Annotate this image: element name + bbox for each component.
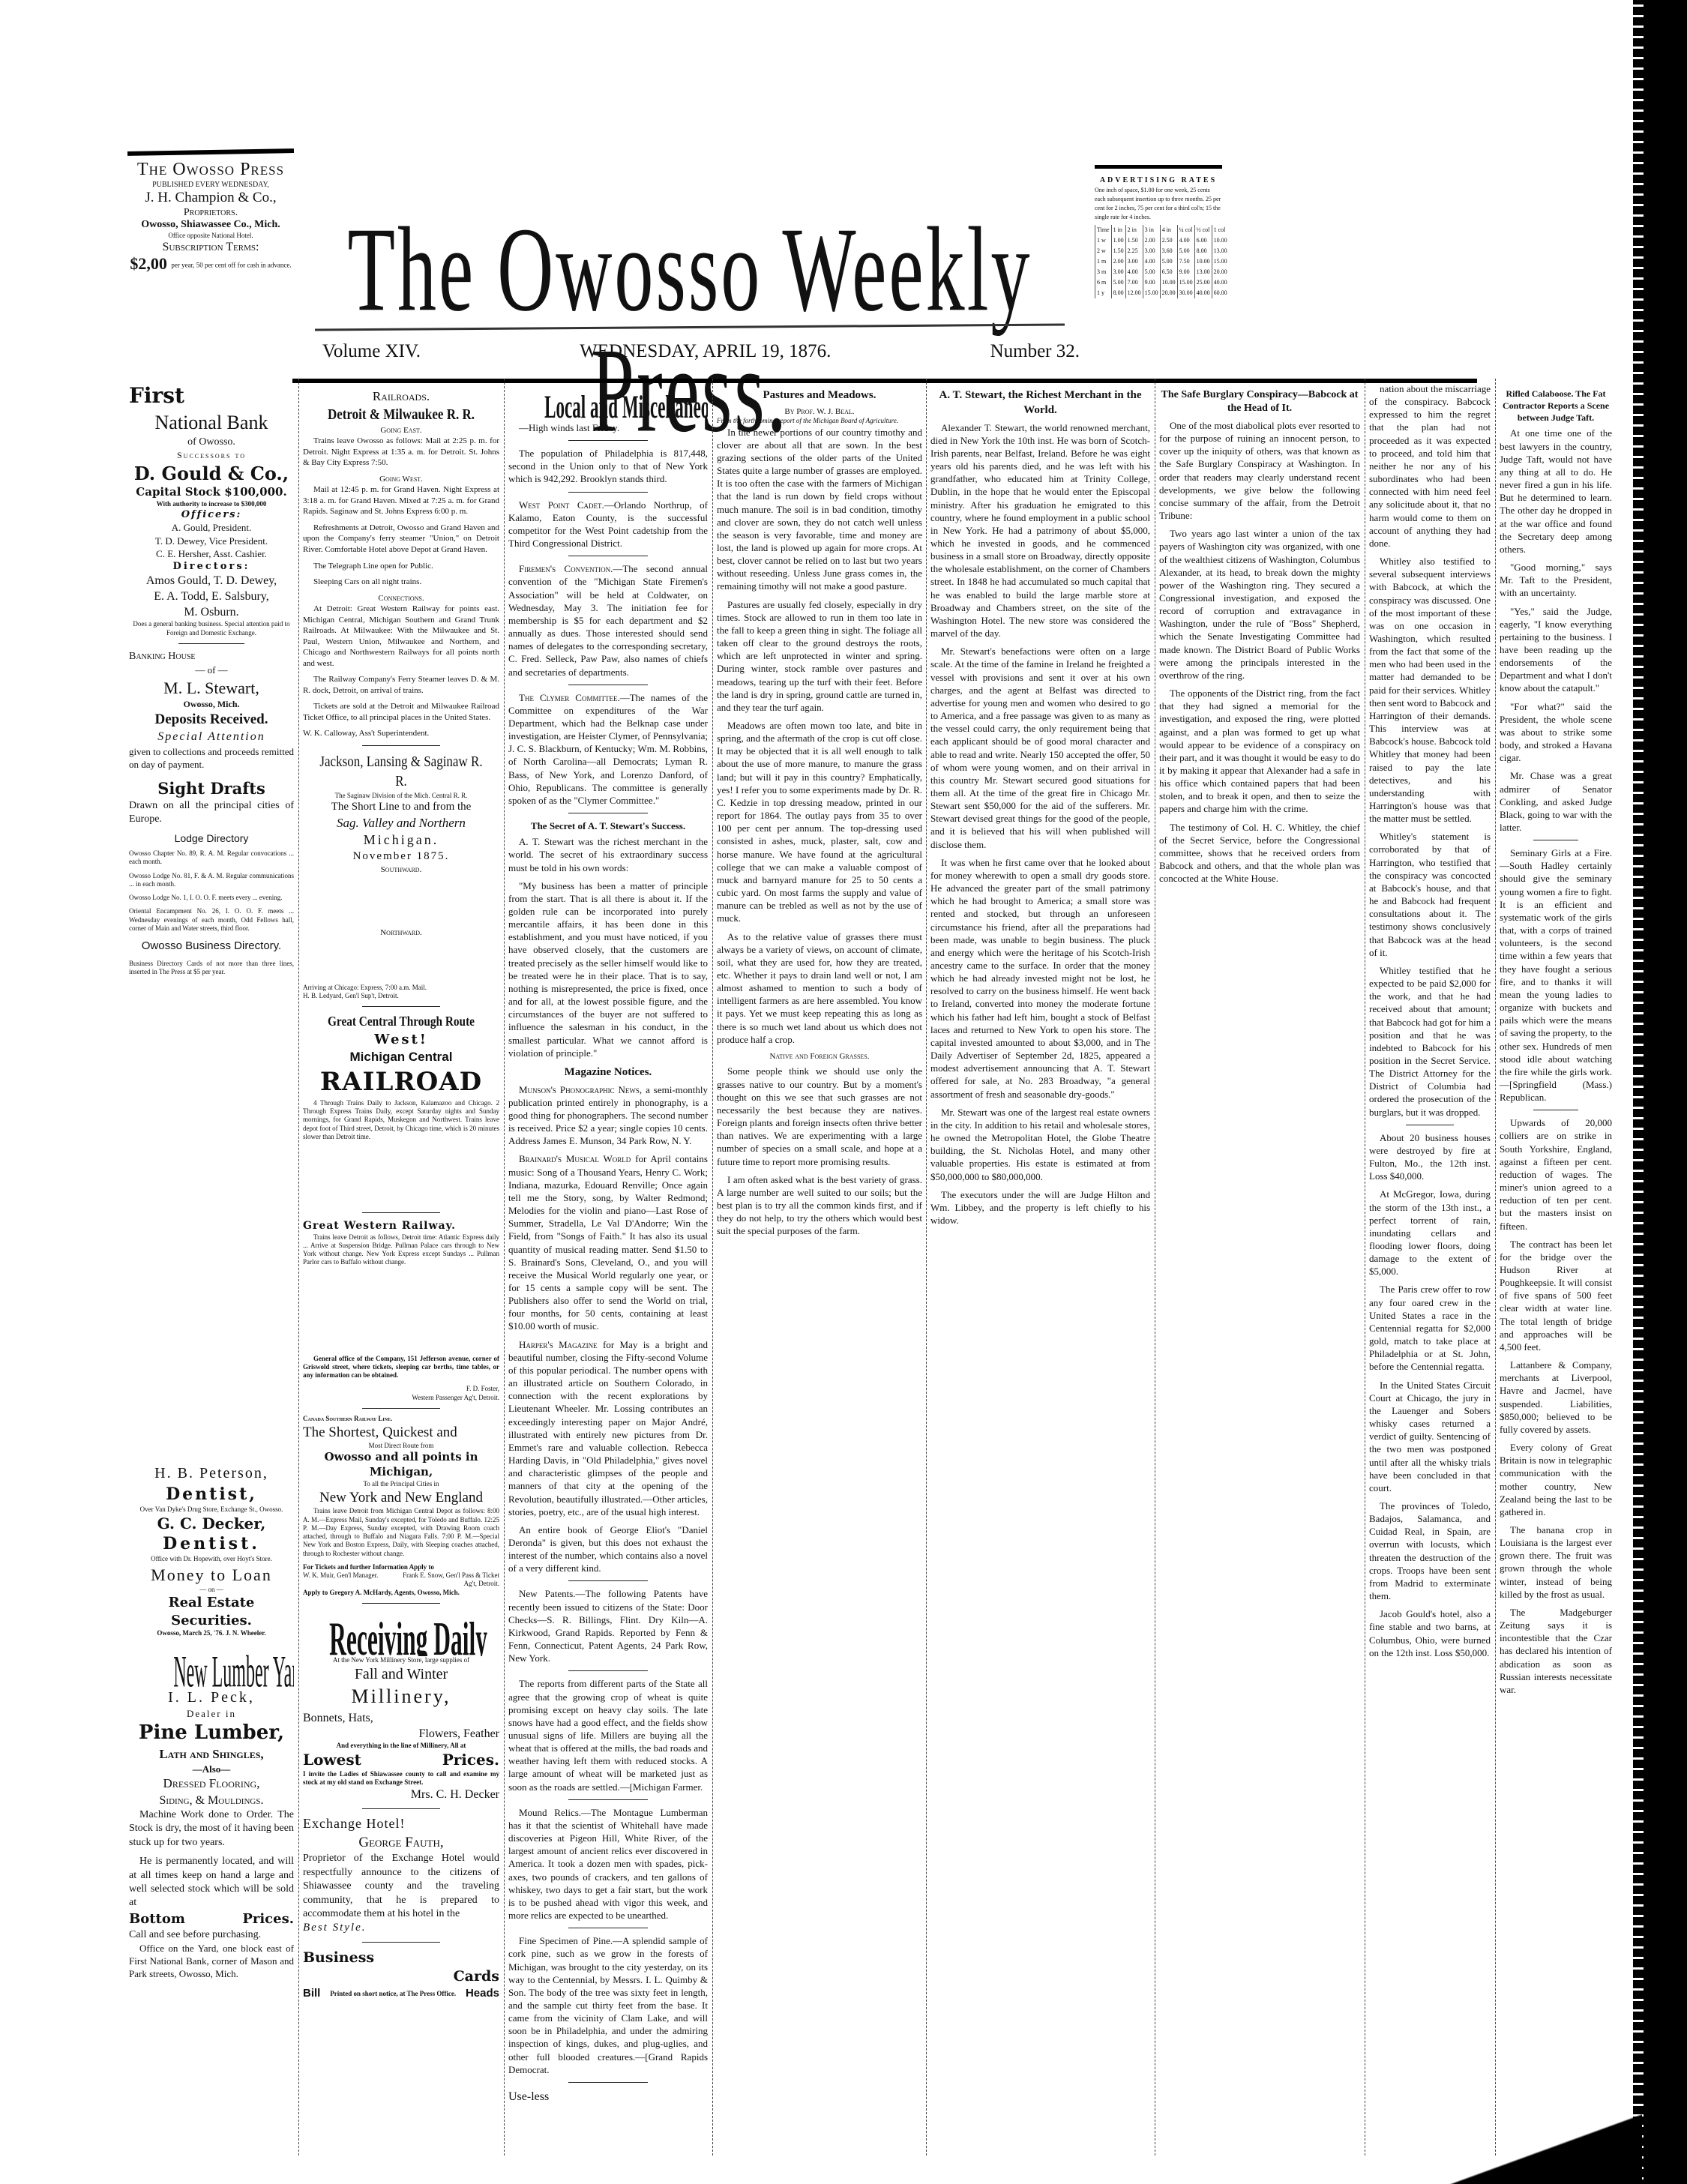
bank-gould: D. Gould & Co., [129, 462, 294, 486]
rates-cell: 13.00 [1194, 267, 1212, 277]
bonnets-hats: Bonnets, Hats, [303, 1710, 499, 1726]
rates-cell: 4.00 [1143, 256, 1160, 267]
item-text: The population of Philadelphia is 817,44… [508, 448, 708, 484]
stewart-paragraph: Mr. Stewart's benefactions were often on… [930, 645, 1150, 851]
rule [568, 1580, 648, 1581]
real-estate-signature: Owosso, March 25, '76. J. N. Wheeler. [129, 1629, 294, 1637]
masthead-ear-right: ADVERTISING RATES One inch of space, $1.… [1095, 165, 1222, 298]
sight-drafts-text: Drawn on all the principal cities of Eur… [129, 799, 294, 827]
money-to-loan: Money to Loan [129, 1564, 294, 1586]
tickets: Tickets are sold at the Detroit and Milw… [303, 701, 499, 723]
item-text: —High winds last Friday. [519, 422, 619, 433]
rule [568, 1799, 648, 1800]
bank-officer: T. D. Dewey, Vice President. [129, 535, 294, 547]
stewart-paragraph: Alexander T. Stewart, the world renowned… [930, 421, 1150, 640]
rates-cell: 8.00 [1194, 246, 1212, 256]
rule [568, 1670, 648, 1671]
column-rule [504, 379, 505, 2156]
rule [127, 148, 294, 156]
real-estate-securities: Real Estate Securities. [129, 1594, 294, 1630]
going-east: Going East. [303, 425, 499, 436]
lodge-entry: Owosso Lodge No. 81, F. & A. M. Regular … [129, 872, 294, 889]
cs-owosso: Owosso and all points in Michigan, [303, 1450, 499, 1480]
best-style: Best Style. [303, 1921, 499, 1936]
rates-cell: 30.00 [1177, 288, 1194, 298]
magazine-item: An entire book of George Eliot's "Daniel… [508, 1523, 708, 1575]
cs-agent: Apply to Gregory A. McHardy, Agents, Owo… [303, 1589, 499, 1597]
railroads-heading: Railroads. [303, 388, 499, 405]
item-lead: Firemen's Convention. [519, 563, 613, 574]
sight-drafts: Sight Drafts [129, 778, 294, 799]
rates-cell: 6.00 [1194, 235, 1212, 246]
item-lead: The Clymer Committee. [519, 692, 620, 703]
exchange-hotel: Exchange Hotel! [303, 1815, 499, 1833]
burglary-continued-paragraph: nation about the miscarriage of the cons… [1369, 382, 1491, 550]
flowers-feather: Flowers, Feather [303, 1726, 499, 1742]
foreign-item: The contract has been let for the bridge… [1500, 1238, 1612, 1353]
hotel-text: Proprietor of the Exchange Hotel would r… [303, 1852, 499, 1921]
bank-officer: C. E. Hersher, Asst. Cashier. [129, 547, 294, 560]
millinery-store: At the New York Millinery Store, large s… [303, 1656, 499, 1664]
rates-cell: Time [1095, 225, 1112, 235]
pastures-paragraph: In the newer portions of our country tim… [717, 426, 922, 593]
calaboose-heading: Rifled Calaboose. The Fat Contractor Rep… [1500, 388, 1612, 424]
stewart-location: Owosso, Mich. [129, 699, 294, 711]
rates-cell: 9.00 [1143, 277, 1160, 288]
stewart-paragraph: The executors under the will are Judge H… [930, 1188, 1150, 1227]
bank-successors: Successors to [129, 450, 294, 462]
local-misc-heading: Local and Miscellaneous. [544, 385, 708, 420]
banking-of: — of — [129, 664, 294, 676]
cs-direct: Most Direct Route from [303, 1442, 499, 1450]
gc-title: Great Central Through Route [318, 1013, 485, 1031]
decker-signature: Mrs. C. H. Decker [303, 1787, 499, 1802]
bill-label: Bill [303, 1986, 320, 2001]
burglary-continued: nation about the miscarriage of the cons… [1369, 382, 1491, 1119]
magazine-text: for May is a bright and beautiful number… [508, 1339, 708, 1517]
rates-cell: 15.00 [1143, 288, 1160, 298]
going-west: Going West. [303, 474, 499, 485]
rule [362, 1942, 441, 1943]
burglary-continued-paragraph: Whitley also testified to several subseq… [1369, 555, 1491, 825]
decker-invite: I invite the Ladies of Shiawassee county… [303, 1770, 499, 1787]
burglary-paragraph: Two years ago last winter a union of the… [1159, 527, 1360, 682]
burglary-continued-paragraph: Whitley's statement is corroborated by t… [1369, 830, 1491, 959]
column-4: Pastures and Meadows. By Prof. W. J. Bea… [717, 382, 922, 1242]
pastures-source: From the forthcoming report of the Michi… [717, 417, 922, 425]
rates-cell: 4.00 [1125, 267, 1143, 277]
rates-cell: 5.00 [1111, 277, 1125, 288]
lodge-entry: Owosso Chapter No. 89, R. A. M. Regular … [129, 849, 294, 867]
special-attention-text: given to collections and proceeds remitt… [129, 745, 294, 771]
local-item: The population of Philadelphia is 817,44… [508, 447, 708, 485]
rule [362, 1808, 441, 1809]
foreign-item: Every colony of Great Britain is now in … [1500, 1441, 1612, 1518]
rule [568, 2082, 648, 2083]
machine-work: Machine Work done to Order. The Stock is… [129, 1808, 294, 1850]
cs-shortest: The Shortest, Quickest and [303, 1423, 499, 1442]
gw-general: General office of the Company, 151 Jeffe… [303, 1355, 499, 1380]
column-rule [926, 379, 927, 2156]
ear-proprietors-label: Proprietors. [127, 207, 294, 220]
calaboose-paragraph: At one time one of the best lawyers in t… [1500, 427, 1612, 556]
bank-director: E. A. Todd, E. Salsbury, [129, 589, 294, 604]
rule [362, 1408, 441, 1409]
dentist1-title: Dentist, [129, 1484, 294, 1505]
local-item: The Clymer Committee.—The names of the C… [508, 691, 708, 807]
rates-cell: 6.50 [1160, 267, 1177, 277]
george-fauth: George Fauth, [303, 1833, 499, 1852]
rates-cell: 3.00 [1143, 246, 1160, 256]
bill-heads: Bill Printed on short notice, at The Pre… [303, 1986, 499, 2001]
stewart-secret-heading: The Secret of A. T. Stewart's Success. [508, 819, 708, 832]
rates-cell: 9.00 [1177, 267, 1194, 277]
dentist2-title: Dentist. [129, 1533, 294, 1555]
dateline: Volume XIV. WEDNESDAY, APRIL 19, 1876. N… [322, 341, 1080, 362]
local-item: West Point Cadet.—Orlando Northrup, of K… [508, 499, 708, 550]
rates-cell: 3 in [1143, 225, 1160, 235]
burglary-paragraph: The testimony of Col. H. C. Whitley, the… [1159, 821, 1360, 885]
pastures-heading: Pastures and Meadows. [717, 388, 922, 403]
magazine-item: Harper's Magazine for May is a bright an… [508, 1338, 708, 1518]
rates-cell: 40.00 [1194, 288, 1212, 298]
dressed-flooring: Dressed Flooring, [129, 1775, 294, 1792]
rates-cell: 7.00 [1125, 277, 1143, 288]
northward-timetable [303, 939, 499, 984]
lumber-office: Office on the Yard, one block east of Fi… [129, 1942, 294, 1980]
rates-row: 3 m3.004.005.006.509.0013.0020.00 [1095, 267, 1229, 277]
advertising-rates-table: Time1 in2 in3 in4 in¼ col½ col1 col1 w1.… [1095, 225, 1229, 298]
also: —Also— [129, 1763, 294, 1775]
column-7: nation about the miscarriage of the cons… [1369, 382, 1491, 1664]
column-rule [1155, 379, 1155, 2156]
calaboose-paragraph: "For what?" said the President, the whol… [1500, 700, 1612, 765]
magazine-name: Munson's Phonographic News, [519, 1084, 642, 1095]
native-foreign-heading: Native and Foreign Grasses. [717, 1051, 922, 1062]
mound-relics: Mound Relics.—The Montague Lumberman has… [508, 1806, 708, 1922]
new-lumber-yard: New Lumber Yard [173, 1643, 294, 1688]
ear-paper-name: The Owosso Press [127, 159, 294, 181]
rates-row: Time1 in2 in3 in4 in¼ col½ col1 col [1095, 225, 1229, 235]
scan-edge-right [1642, 0, 1687, 2184]
short-line: The Short Line to and from the [303, 800, 499, 815]
dm-superintendent: W. K. Calloway, Ass't Superintendent. [303, 728, 499, 739]
foreign-item: Lattanbere & Company, merchants at Liver… [1500, 1359, 1612, 1436]
new-patents: New Patents.—The following Patents have … [508, 1587, 708, 1664]
bank-note: Does a general banking business. Special… [129, 620, 294, 637]
local-item: Firemen's Convention.—The second annual … [508, 562, 708, 678]
secret-paragraph: "My business has been a matter of princi… [508, 879, 708, 1059]
rates-cell: 5.00 [1160, 256, 1177, 267]
cs-text: Trains leave Detroit from Michigan Centr… [303, 1507, 499, 1558]
foreign-items: Upwards of 20,000 colliers are on strike… [1500, 1116, 1612, 1696]
fulton-fire: About 20 business houses were destroyed … [1369, 1131, 1491, 1183]
rates-cell: 20.00 [1160, 288, 1177, 298]
dentist1-name: H. B. Peterson, [129, 1463, 294, 1483]
lodge-list: Owosso Chapter No. 89, R. A. M. Regular … [129, 849, 294, 933]
rates-cell: 60.00 [1212, 288, 1229, 298]
stewart-paragraph: It was when he first came over that he l… [930, 856, 1150, 1101]
rates-cell: 12.00 [1125, 288, 1143, 298]
rates-cell: 6 m [1095, 277, 1112, 288]
call-and-see: Call and see before purchasing. [129, 1928, 294, 1942]
bank-directors-label: Directors: [129, 560, 294, 573]
special-attention: Special Attention [129, 729, 294, 744]
stewart-secret: A. T. Stewart was the richest merchant i… [508, 835, 708, 1059]
seminary-girls: Seminary Girls at a Fire.—South Hadley c… [1500, 846, 1612, 1104]
grasses-paragraph: Some people think we should use only the… [717, 1065, 922, 1167]
ear-subscription-label: Subscription Terms: [127, 240, 294, 254]
mc-text: 4 Through Trains Daily to Jackson, Kalam… [303, 1099, 499, 1141]
gw-schedule [303, 1272, 499, 1355]
fall-winter: Fall and Winter [303, 1664, 499, 1684]
ear-price: $2,00 per year, 50 per cent off for cash… [127, 254, 294, 274]
rule [362, 1006, 441, 1007]
bank-capital: Capital Stock $100,000. [129, 485, 294, 500]
column-rule [712, 379, 713, 2156]
lowest-prices: Lowest Prices. [303, 1750, 499, 1769]
column-6: The Safe Burglary Conspiracy—Babcock at … [1159, 382, 1360, 890]
permanently-located: He is permanently located, and will at a… [129, 1855, 294, 1910]
magazine-item: Brainard's Musical World for April conta… [508, 1152, 708, 1332]
gw-text: Trains leave Detroit as follows, Detroit… [303, 1233, 499, 1267]
price-note: per year, 50 per cent off for cash in ad… [171, 262, 291, 269]
gw-signature1: F. D. Foster, [303, 1385, 499, 1393]
rule [568, 813, 648, 813]
money-on: — on — [129, 1586, 294, 1594]
heads-label: Heads [466, 1986, 499, 2001]
local-item: —High winds last Friday. [508, 421, 708, 434]
foreign-item: The banana crop in Louisiana is the larg… [1500, 1523, 1612, 1601]
deposits-received: Deposits Received. [129, 710, 294, 729]
rule [568, 556, 648, 556]
ferry: The Railway Company's Ferry Steamer leav… [303, 674, 499, 696]
rates-cell: 15.00 [1212, 256, 1229, 267]
rates-row: 6 m5.007.009.0010.0015.0025.0040.00 [1095, 277, 1229, 288]
rates-cell: ¼ col [1177, 225, 1194, 235]
magazine-notices-heading: Magazine Notices. [508, 1065, 708, 1080]
southward-timetable [303, 875, 499, 927]
rule [362, 1603, 441, 1604]
stewart-heading: A. T. Stewart, the Richest Merchant in t… [930, 388, 1150, 418]
local-items: —High winds last Friday.The population o… [508, 421, 708, 813]
business-directory-note: Business Directory Cards of not more tha… [129, 960, 294, 977]
rule [178, 643, 244, 644]
grasses-paragraph: I am often asked what is the best variet… [717, 1173, 922, 1238]
rates-cell: 40.00 [1212, 277, 1229, 288]
item-text: —The second annual convention of the "Mi… [508, 563, 708, 677]
secret-paragraph: A. T. Stewart was the richest merchant i… [508, 835, 708, 873]
safe-burglary-heading: The Safe Burglary Conspiracy—Babcock at … [1159, 388, 1360, 416]
pine-lumber: Pine Lumber, [129, 1720, 294, 1745]
cs-title: Canada Southern Railway Line. [303, 1415, 499, 1423]
lodge-directory: Lodge Directory [129, 831, 294, 845]
wheat-reports: The reports from different parts of the … [508, 1677, 708, 1793]
cs-to: To all the Principal Cities in [303, 1480, 499, 1488]
foreign-item: Upwards of 20,000 colliers are on strike… [1500, 1116, 1612, 1232]
pastures-byline: By Prof. W. J. Beal. [717, 406, 922, 418]
masthead-ear-left: The Owosso Press Published every Wednesd… [127, 150, 294, 274]
gw-title: Great Western Railway. [303, 1219, 499, 1233]
banking-house: Banking House [129, 650, 294, 664]
november-1875: November 1875. [303, 849, 499, 864]
rates-cell: 3.00 [1111, 267, 1125, 277]
news-items: At McGregor, Iowa, during the storm of t… [1369, 1188, 1491, 1658]
issue-number: Number 32. [990, 341, 1080, 362]
rates-cell: 1 in [1111, 225, 1125, 235]
stewart-paragraph: Mr. Stewart was one of the largest real … [930, 1106, 1150, 1183]
rates-cell: 2.00 [1111, 256, 1125, 267]
gw-signature2: Western Passenger Ag't, Detroit. [303, 1394, 499, 1402]
news-item: The Paris crew offer to row any four oar… [1369, 1283, 1491, 1373]
cs-signature-right: Frank E. Snow, Gen'l Pass & Ticket Ag't,… [391, 1571, 499, 1589]
cs-signature-left: W. K. Muir, Gen'l Manager. [303, 1571, 378, 1589]
millinery: Millinery, [303, 1684, 499, 1709]
calaboose-body: At one time one of the best lawyers in t… [1500, 427, 1612, 834]
receiving-daily: Receiving Daily [329, 1610, 487, 1656]
column-1: First National Bank of Owosso. Successor… [129, 337, 294, 1986]
ear-proprietor: J. H. Champion & Co., [127, 190, 294, 207]
jls-signature: H. B. Ledyard, Gen'l Sup't, Detroit. [303, 992, 499, 1000]
rule [1095, 165, 1222, 169]
volume: Volume XIV. [322, 341, 421, 362]
rates-cell: 10.00 [1194, 256, 1212, 267]
connections: Connections. [303, 593, 499, 604]
rates-row: 1 w1.001.502.002.504.006.0010.00 [1095, 235, 1229, 246]
rates-cell: 13.00 [1212, 246, 1229, 256]
pastures-body: In the newer portions of our country tim… [717, 426, 922, 1046]
bank-officers-label: Officers: [129, 508, 294, 521]
rule [568, 1928, 648, 1928]
rule [568, 440, 648, 441]
pastures-paragraph: Pastures are usually fed closely, especi… [717, 598, 922, 714]
rates-cell: 1 y [1095, 288, 1112, 298]
rates-cell: 2.25 [1125, 246, 1143, 256]
rates-cell: 3.00 [1125, 256, 1143, 267]
rates-cell: 4.00 [1177, 235, 1194, 246]
newspaper-page: The Owosso Press Published every Wednesd… [120, 112, 1620, 2137]
useless: Use-less [508, 2089, 708, 2105]
rates-cell: 8.00 [1111, 288, 1125, 298]
peck-name: I. L. Peck, [129, 1688, 294, 1707]
michigan: Michigan. [303, 831, 499, 849]
bank-director: M. Osburn. [129, 604, 294, 620]
rule [1533, 840, 1578, 840]
lodge-entry: Owosso Lodge No. 1, I. O. O. F. meets ev… [129, 894, 294, 902]
rates-cell: 25.00 [1194, 277, 1212, 288]
bank-first: First [129, 382, 294, 410]
rule [568, 685, 648, 685]
michigan-central: Michigan Central [303, 1049, 499, 1065]
ear-published: Published every Wednesday, [127, 181, 294, 190]
connections-text: At Detroit: Great Western Railway for po… [303, 604, 499, 669]
bank-director: Amos Gould, T. D. Dewey, [129, 573, 294, 589]
rates-cell: 2 w [1095, 246, 1112, 256]
rates-cell: 1 col [1212, 225, 1229, 235]
bank-officers: A. Gould, President.T. D. Dewey, Vice Pr… [129, 521, 294, 559]
rule [568, 492, 648, 493]
going-east-text: Trains leave Owosso as follows: Mail at … [303, 436, 499, 469]
west-banner: West! [303, 1031, 499, 1049]
rates-cell: 2.50 [1160, 235, 1177, 246]
news-item: Jacob Gould's hotel, also a fine stable … [1369, 1607, 1491, 1659]
northward: Northward. [303, 927, 499, 939]
issue-date: WEDNESDAY, APRIL 19, 1876. [580, 341, 831, 362]
rates-cell: 4 in [1160, 225, 1177, 235]
advertising-rates-note: One inch of space, $1.00 for one week, 2… [1095, 186, 1222, 222]
rates-cell: 7.50 [1177, 256, 1194, 267]
rates-cell: 1 m [1095, 256, 1112, 267]
dm-railroad-title: Detroit & Milwaukee R. R. [318, 405, 485, 424]
magazine-text: for April contains music: Song of a Thou… [508, 1153, 708, 1332]
siding-mouldings: Siding, & Mouldings. [129, 1793, 294, 1808]
news-item: In the United States Circuit Court at Ch… [1369, 1379, 1491, 1494]
jls-subtitle: The Saginaw Division of the Mich. Centra… [303, 792, 499, 800]
stewart-body: Alexander T. Stewart, the world renowned… [930, 421, 1150, 1227]
column-rule [298, 379, 299, 2156]
burglary-paragraph: The opponents of the District ring, from… [1159, 687, 1360, 816]
rates-cell: 1.50 [1125, 235, 1143, 246]
pastures-paragraph: Meadows are often mown too late, and bit… [717, 719, 922, 925]
going-west-text: Mail at 12:45 p. m. for Grand Haven. Nig… [303, 484, 499, 517]
burglary-paragraph: One of the most diabolical plots ever re… [1159, 419, 1360, 522]
rates-cell: 20.00 [1212, 267, 1229, 277]
dealer-in: Dealer in [129, 1707, 294, 1720]
news-item: The provinces of Toledo, Badajos, Salama… [1369, 1499, 1491, 1602]
foreign-item: The Madgeburger Zeitung says it is incon… [1500, 1606, 1612, 1696]
bottom-prices: Bottom Prices. [129, 1910, 294, 1928]
everything-millinery: And everything in the line of Millinery,… [303, 1742, 499, 1750]
rates-cell: 10.00 [1160, 277, 1177, 288]
safe-burglary-body: One of the most diabolical plots ever re… [1159, 419, 1360, 885]
rates-cell: 1 w [1095, 235, 1112, 246]
mc-schedule [303, 1146, 499, 1206]
ear-office: Office opposite National Hotel. [127, 232, 294, 240]
rates-cell: 2 in [1125, 225, 1143, 235]
rates-cell: 5.00 [1143, 267, 1160, 277]
southward: Southward. [303, 864, 499, 876]
jls-note: Arriving at Chicago: Express, 7:00 a.m. … [303, 984, 499, 992]
fine-pine: Fine Specimen of Pine.—A splendid sample… [508, 1934, 708, 2076]
rates-cell: 2.00 [1143, 235, 1160, 246]
calaboose-paragraph: Mr. Chase was a great admirer of Senator… [1500, 769, 1612, 834]
rates-row: 2 w1.502.253.003.605.008.0013.00 [1095, 246, 1229, 256]
sleeping-cars: Sleeping Cars on all night trains. [303, 577, 499, 588]
cs-signatures: W. K. Muir, Gen'l Manager. Frank E. Snow… [303, 1571, 499, 1589]
item-text: —The names of the Committee on expenditu… [508, 692, 708, 806]
dentist1-address: Over Van Dyke's Drug Store, Exchange St.… [129, 1505, 294, 1514]
business-cards-listing [129, 976, 294, 1463]
dentist2-name: G. C. Decker, [129, 1514, 294, 1533]
column-5: A. T. Stewart, the Richest Merchant in t… [930, 382, 1150, 1232]
magazine-notices: Munson's Phonographic News, a semi-month… [508, 1083, 708, 1575]
telegraph: The Telegraph Line open for Public. [303, 561, 499, 572]
magazine-item: Munson's Phonographic News, a semi-month… [508, 1083, 708, 1148]
lodge-entry: Oriental Encampment No. 26, I. O. O. F. … [129, 907, 294, 933]
rates-cell: 3 m [1095, 267, 1112, 277]
business-directory: Owosso Business Directory. [129, 939, 294, 954]
magazine-name: Brainard's Musical World [519, 1153, 631, 1164]
bank-directors: Amos Gould, T. D. Dewey,E. A. Todd, E. S… [129, 573, 294, 620]
bank-officer: A. Gould, President. [129, 521, 294, 534]
cards-label: Cards [303, 1967, 499, 1986]
rates-cell: 5.00 [1177, 246, 1194, 256]
column-rule [1365, 379, 1365, 2156]
bank-authority: With authority to increase to $300,000 [129, 500, 294, 508]
railroad-banner: Railroad [303, 1065, 499, 1099]
rates-cell: 3.60 [1160, 246, 1177, 256]
item-lead: West Point Cadet. [519, 499, 604, 511]
